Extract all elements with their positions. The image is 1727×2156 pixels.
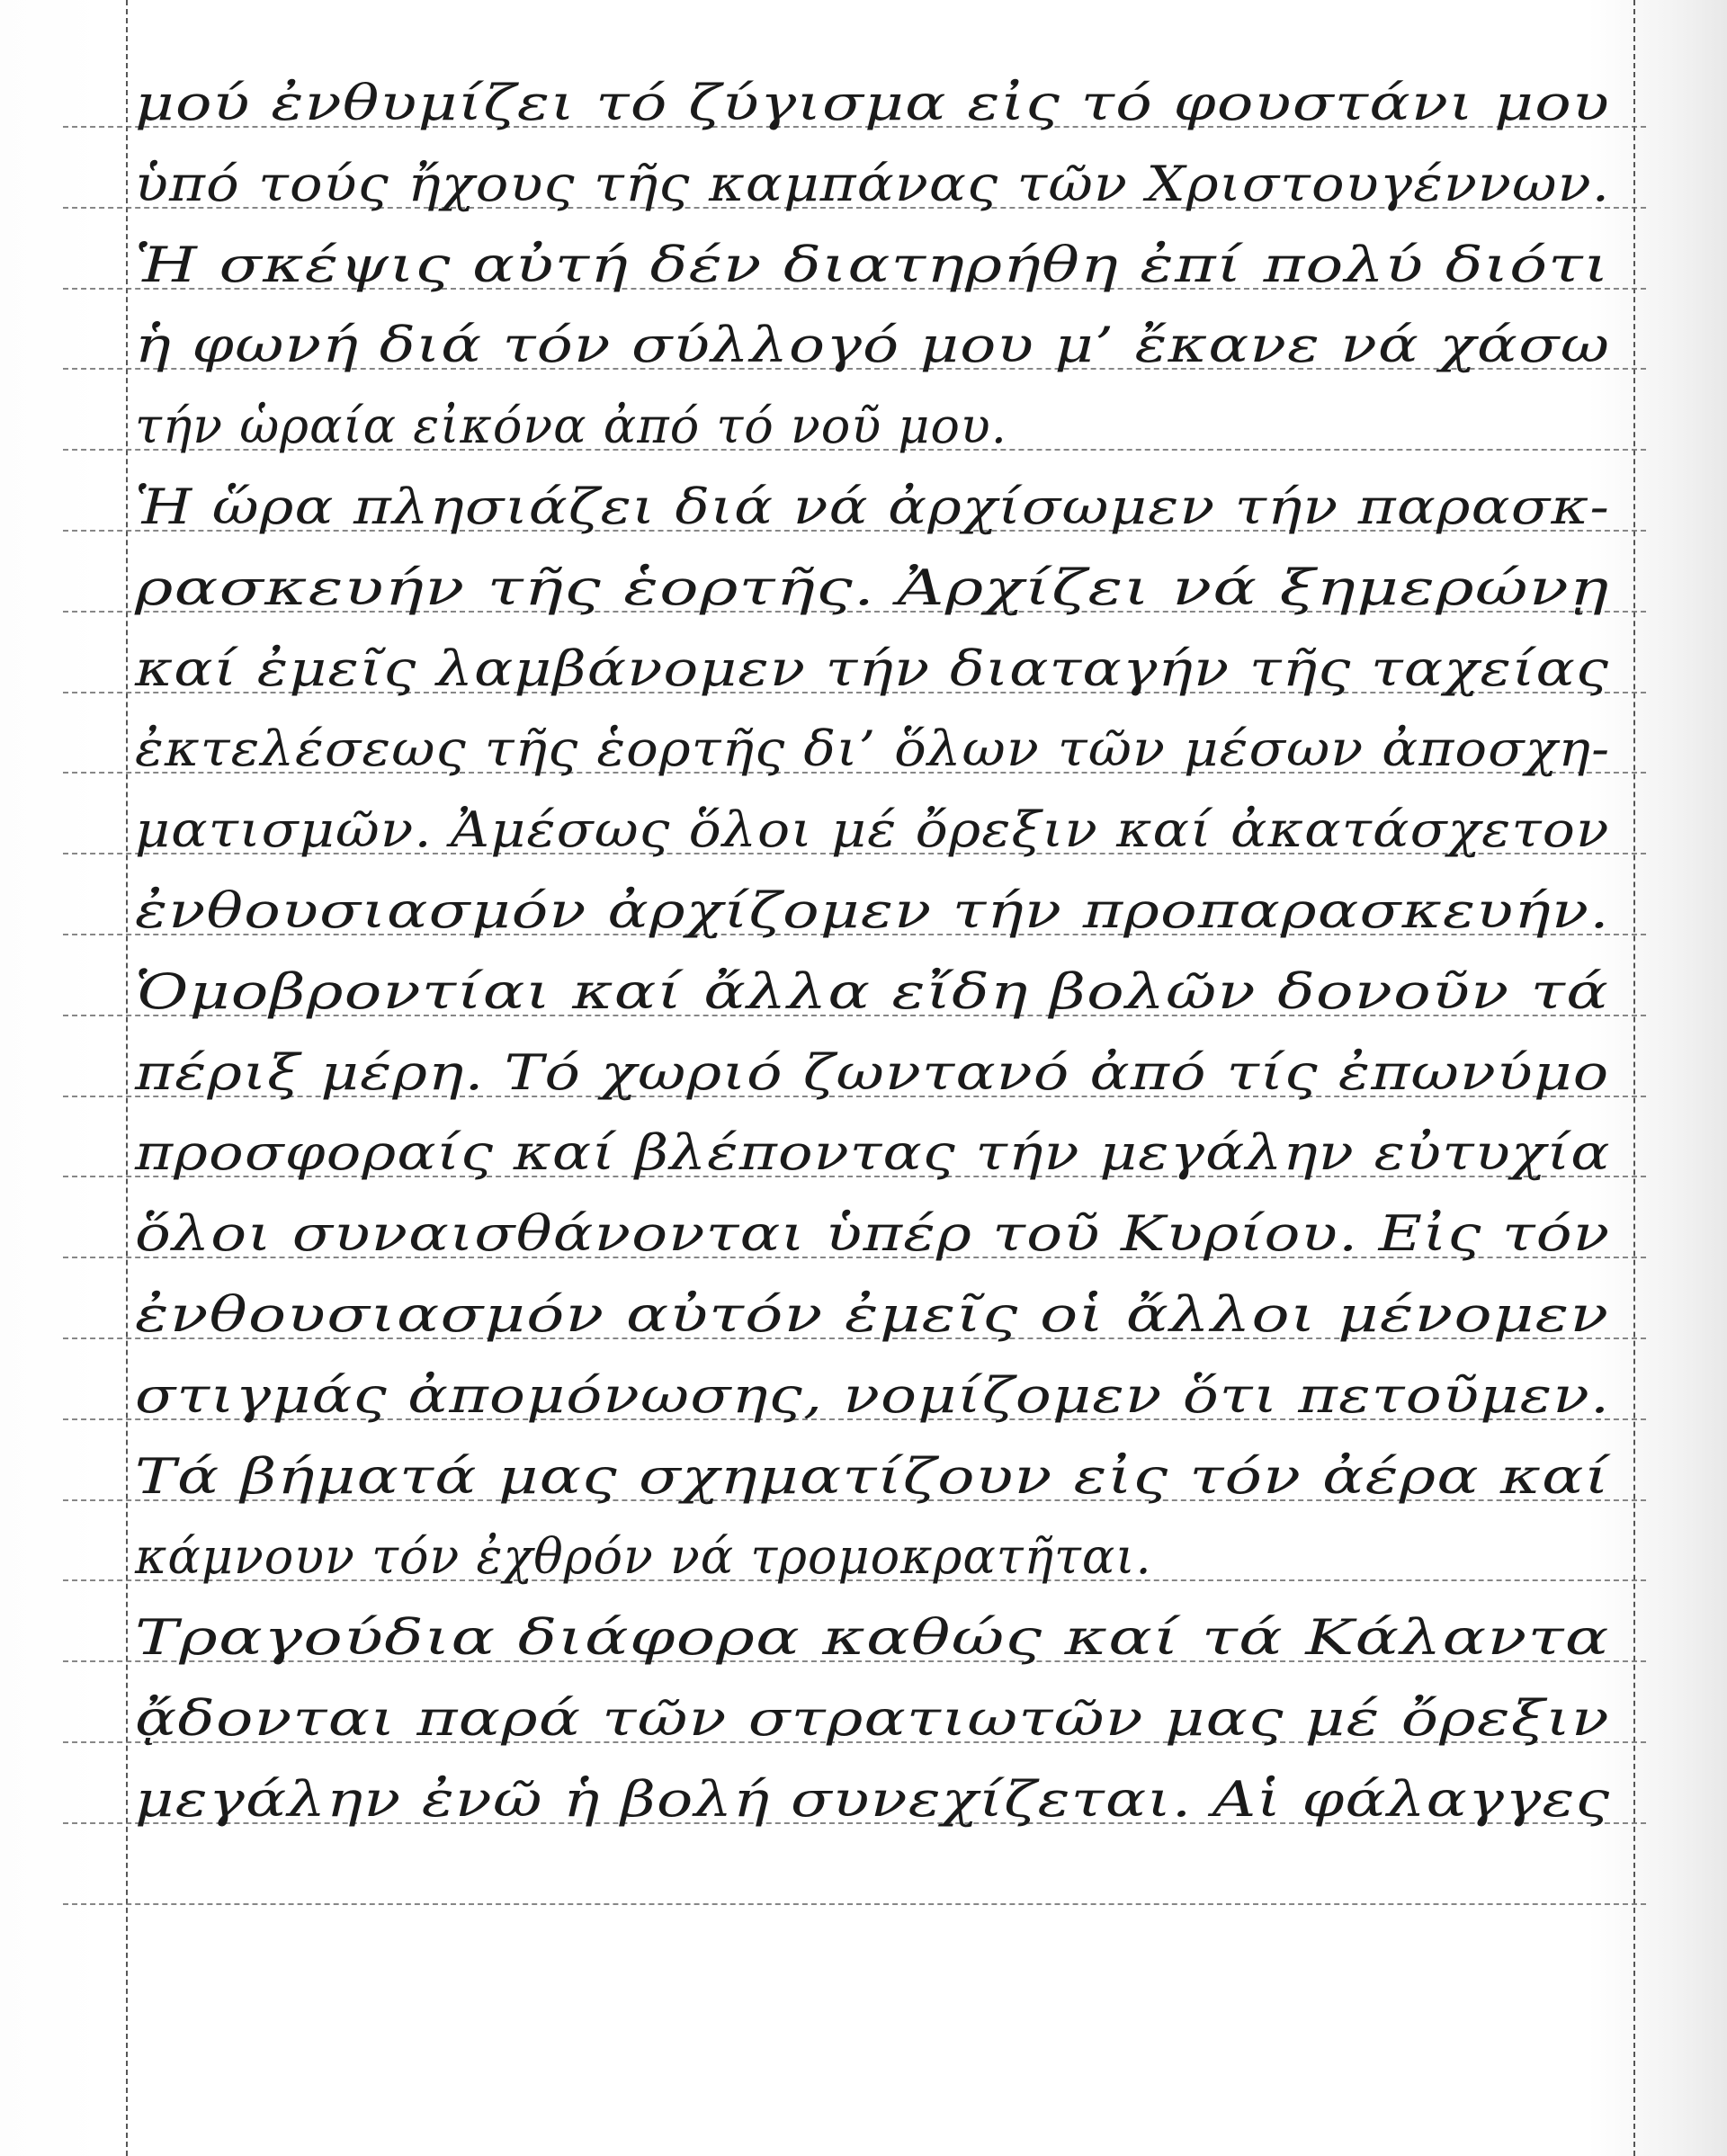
text-line: κάμνουν τόν ἐχθρόν νά τρομοκρατῆται. [135,1533,1152,1581]
text-line: πέριξ μέρη. Τό χωριό ζωντανό ἀπό τίς ἐπω… [135,1049,1609,1097]
text-line: ἐνθουσιασμόν ἀρχίζομεν τήν προπαρασκευήν… [135,887,1610,935]
text-line: Τραγούδια διάφορα καθώς καί τά Κάλαντα [135,1614,1610,1662]
text-line: τήν ὡραία εἰκόνα ἀπό τό νοῦ μου. [135,402,1007,451]
text-line: Ἡ ὥρα πλησιάζει διά νά ἀρχίσωμεν τήν παρ… [135,483,1610,532]
text-line: ρασκευήν τῆς ἑορτῆς. Ἀρχίζει νά ξημερώνῃ [135,564,1610,613]
text-line: ἐκτελέσεως τῆς ἑορτῆς δι’ ὅλων τῶν μέσων… [135,725,1610,774]
text-line: στιγμάς ἀπομόνωσης, νομίζομεν ὅτι πετοῦμ… [135,1372,1610,1420]
text-line: ἐνθουσιασμόν αὐτόν ἐμεῖς οἱ ἄλλοι μένομε… [135,1291,1609,1339]
right-margin-line [1633,0,1635,2156]
text-line: μού ἐνθυμίζει τό ζύγισμα εἰς τό φουστάνι… [135,79,1610,128]
text-line: Τά βήματά μας σχηματίζουν εἰς τόν ἀέρα κ… [135,1453,1610,1501]
text-line: ᾄδονται παρά τῶν στρατιωτῶν μας μέ ὄρεξι… [135,1695,1610,1743]
text-line: ἡ φωνή διά τόν σύλλογό μου μ’ ἔκανε νά χ… [135,321,1610,370]
text-line: ματισμῶν. Ἀμέσως ὅλοι μέ ὄρεξιν καί ἀκατ… [135,806,1610,854]
text-line: ὅλοι συναισθάνονται ὑπέρ τοῦ Κυρίου. Εἰς… [135,1210,1610,1258]
text-line: ὑπό τούς ἤχους τῆς καμπάνας τῶν Χριστουγ… [135,160,1610,209]
notebook-page: μού ἐνθυμίζει τό ζύγισμα εἰς τό φουστάνι… [0,0,1727,2156]
text-line: Ὁμοβροντίαι καί ἄλλα εἴδη βολῶν δονοῦν τ… [135,968,1609,1016]
text-line: καί ἐμεῖς λαμβάνομεν τήν διαταγήν τῆς τα… [135,645,1609,693]
text-line: Ἡ σκέψις αὐτή δέν διατηρήθη ἐπί πολύ διό… [135,241,1609,290]
ruled-line [63,1903,1646,1905]
left-margin-line [126,0,128,2156]
text-line: μεγάλην ἐνῶ ἡ βολή συνεχίζεται. Αἱ φάλαγ… [135,1776,1610,1824]
text-line: προσφοραίς καί βλέποντας τήν μεγάλην εὐτ… [135,1129,1611,1177]
